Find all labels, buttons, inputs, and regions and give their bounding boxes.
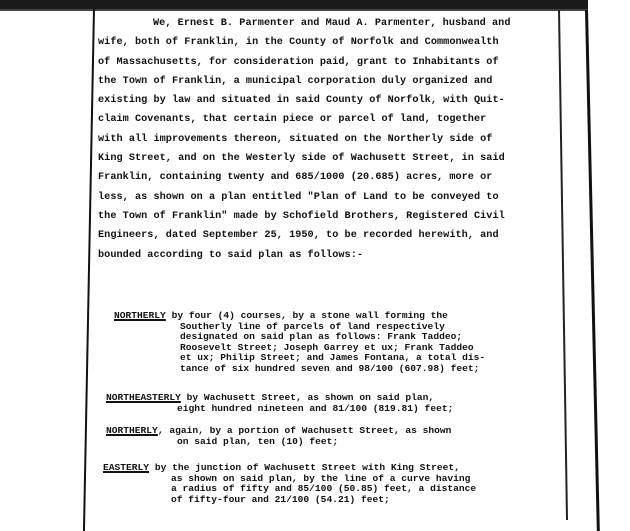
paragraph-line: wife, both of Franklin, in the County of… xyxy=(98,33,556,52)
paragraph-line: King Street, and on the Westerly side of… xyxy=(98,149,556,168)
opening-paragraph: We, Ernest B. Parmenter and Maud A. Parm… xyxy=(98,14,556,265)
paragraph-line: the Town of Franklin, a municipal corpor… xyxy=(98,72,556,91)
bound-first-line: NORTHERLY by four (4) courses, by a ston… xyxy=(114,311,485,322)
bound-text: by Wachusett Street, as shown on said pl… xyxy=(181,392,434,403)
bound-text: by four (4) courses, by a stone wall for… xyxy=(166,310,448,321)
bound-first-line: EASTERLY by the junction of Wachusett St… xyxy=(103,463,476,474)
paragraph-line: Franklin, containing twenty and 685/1000… xyxy=(98,168,556,187)
page-outer-right-edge xyxy=(585,10,600,531)
bound-direction: NORTHEASTERLY xyxy=(106,392,181,403)
bound-continuation-line: on said plan, ten (10) feet; xyxy=(106,437,451,448)
page-right-margin-line xyxy=(558,10,568,520)
paragraph-line: existing by law and situated in said Cou… xyxy=(98,91,556,110)
paragraph-line: the Town of Franklin" made by Schofield … xyxy=(98,207,556,226)
bound-direction: NORTHERLY xyxy=(106,425,158,436)
bound-text: , again, by a portion of Wachusett Stree… xyxy=(158,425,452,436)
paragraph-line: bounded according to said plan as follow… xyxy=(98,246,556,265)
bound-northerly: NORTHERLY by four (4) courses, by a ston… xyxy=(114,311,485,375)
paragraph-line: claim Covenants, that certain piece or p… xyxy=(98,110,556,129)
paragraph-line: of Massachusetts, for consideration paid… xyxy=(98,53,556,72)
bound-continuation-line: eight hundred nineteen and 81/100 (819.8… xyxy=(106,404,453,415)
bound-continuation-line: of fifty-four and 21/100 (54.21) feet; xyxy=(103,495,476,506)
page-left-border-line xyxy=(83,8,95,531)
bound-continuation-line: tance of six hundred seven and 98/100 (6… xyxy=(114,364,485,375)
bound-first-line: NORTHEASTERLY by Wachusett Street, as sh… xyxy=(106,393,453,404)
bound-easterly: EASTERLY by the junction of Wachusett St… xyxy=(103,463,476,505)
paragraph-line: Engineers, dated September 25, 1950, to … xyxy=(98,226,556,245)
bound-northerly-again: NORTHERLY, again, by a portion of Wachus… xyxy=(106,426,451,447)
bound-text: by the junction of Wachusett Street with… xyxy=(149,462,460,473)
bound-direction: EASTERLY xyxy=(103,462,149,473)
deed-page: We, Ernest B. Parmenter and Maud A. Parm… xyxy=(98,14,556,265)
bound-direction: NORTHERLY xyxy=(114,310,166,321)
bound-first-line: NORTHERLY, again, by a portion of Wachus… xyxy=(106,426,451,437)
paragraph-line: We, Ernest B. Parmenter and Maud A. Parm… xyxy=(98,14,556,33)
paragraph-line: less, as shown on a plan entitled "Plan … xyxy=(98,188,556,207)
scan-top-dark-band xyxy=(0,0,588,11)
bound-northeasterly: NORTHEASTERLY by Wachusett Street, as sh… xyxy=(106,393,453,414)
paragraph-line: with all improvements thereon, situated … xyxy=(98,130,556,149)
